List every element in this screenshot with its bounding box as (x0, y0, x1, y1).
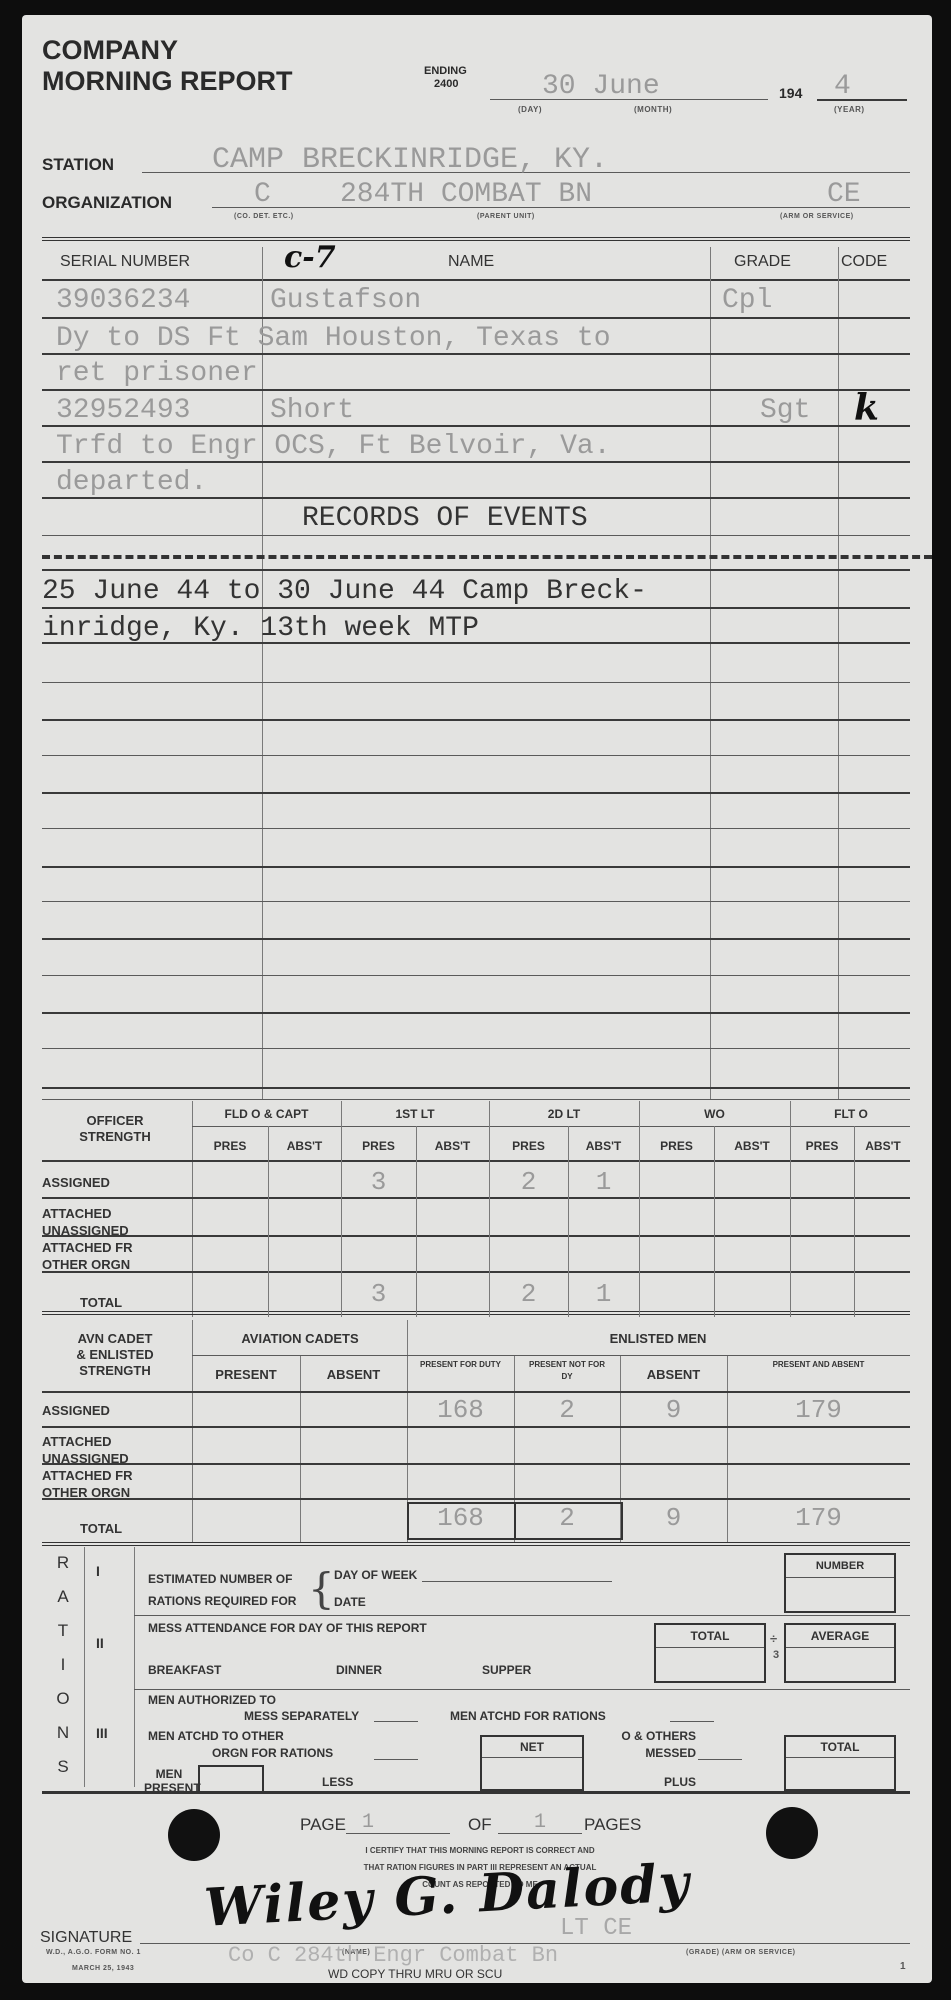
col-divider-serial (262, 247, 263, 1099)
row3-remark: ret prisoner (56, 358, 258, 389)
events-line-1: 25 June 44 to 30 June 44 Camp Breck- (42, 576, 647, 607)
fill-line (698, 1759, 742, 1760)
day-of-week-line (422, 1581, 612, 1582)
year-value: 4 (834, 71, 851, 102)
col-divider (134, 1547, 135, 1787)
row1-serial: 39036234 (56, 285, 190, 316)
row-line (42, 353, 910, 355)
row-line (42, 389, 910, 391)
station-value: CAMP BRECKINRIDGE, KY. (212, 143, 608, 177)
section-divider (42, 1542, 910, 1546)
enlisted-sub-header: PRESENT (192, 1369, 300, 1381)
section-divider (42, 1791, 910, 1794)
year-caption: (YEAR) (834, 105, 865, 114)
section-divider (42, 1311, 910, 1315)
row-line (42, 1048, 910, 1049)
number-box-label: NUMBER (786, 1555, 894, 1578)
form-number: W.D., A.G.O. FORM NO. 1 (46, 1949, 141, 1956)
officer-cell: 2 (489, 1279, 568, 1309)
arm-value: CE (827, 179, 861, 210)
enlisted-row-attached-unassigned: ATTACHED UNASSIGNED (42, 1433, 129, 1467)
mess-total-box[interactable]: TOTAL (654, 1623, 766, 1683)
supper-label: SUPPER (482, 1663, 531, 1677)
day-of-week-label: DAY OF WEEK (334, 1568, 417, 1582)
row4-name: Short (270, 395, 354, 426)
row2-remark: Dy to DS Ft Sam Houston, Texas to (56, 323, 611, 354)
officer-sub-header: PRES (489, 1139, 568, 1153)
row-line (42, 792, 910, 794)
row-line (42, 1391, 910, 1393)
brace-icon: { (308, 1567, 335, 1611)
page-label: PAGE (300, 1815, 346, 1835)
row1-grade: Cpl (722, 285, 772, 316)
mess-separately-label: MESS SEPARATELY (244, 1709, 359, 1723)
messed-label: MESSED (628, 1746, 696, 1760)
parent-unit-value: 284TH COMBAT BN (340, 179, 592, 210)
enlisted-cell: 2 (514, 1503, 620, 1533)
row1-name: Gustafson (270, 285, 421, 316)
fill-line (670, 1721, 714, 1722)
rations-letter: I (42, 1655, 84, 1675)
pages-label: PAGES (584, 1815, 641, 1835)
of-label: OF (468, 1815, 492, 1835)
net-box[interactable]: NET (480, 1735, 584, 1791)
officer-sub-header: PRES (639, 1139, 714, 1153)
section-i-text: ESTIMATED NUMBER OF RATIONS REQUIRED FOR (148, 1568, 296, 1612)
signature-label: SIGNATURE (40, 1929, 132, 1947)
handwritten-mark: c-7 (284, 240, 336, 275)
net-label: NET (482, 1737, 582, 1758)
enlisted-strength-title: AVN CADET & ENLISTED STRENGTH (40, 1331, 190, 1379)
title-line-1: COMPANY (42, 35, 293, 66)
label: ATTACHED FR (42, 1467, 133, 1484)
enlisted-sub-header: ABSENT (620, 1369, 727, 1381)
section-divider (134, 1615, 910, 1616)
organization-label: ORGANIZATION (42, 193, 172, 213)
officer-strength-title: OFFICER STRENGTH (40, 1113, 190, 1145)
men-authorized-label: MEN AUTHORIZED TO (148, 1693, 276, 1707)
officer-group-header: 1ST LT (341, 1107, 489, 1121)
row-line (42, 1087, 910, 1089)
officer-sub-header: PRES (790, 1139, 854, 1153)
row-line (42, 569, 910, 571)
row-line (42, 975, 910, 976)
company-caption: (CO. DET. ETC.) (234, 213, 294, 220)
row-line (42, 535, 910, 536)
enlisted-cell: 168 (407, 1395, 514, 1425)
enlisted-cell: 179 (727, 1395, 910, 1425)
mess-attendance-title: MESS ATTENDANCE FOR DAY OF THIS REPORT (148, 1621, 427, 1635)
grade-caption: (GRADE) (ARM OR SERVICE) (686, 1949, 795, 1956)
enlisted-cell: 9 (620, 1503, 727, 1533)
copy-note: WD COPY THRU MRU OR SCU (328, 1967, 502, 1981)
men-present-box[interactable] (198, 1765, 264, 1791)
header-divider (42, 279, 910, 281)
enlisted-cell: 179 (727, 1503, 910, 1533)
row-line (42, 866, 910, 868)
officer-sub-header: ABS'T (268, 1139, 341, 1153)
row-line (42, 642, 910, 644)
row-line (42, 317, 910, 319)
officer-row-total: TOTAL (80, 1295, 122, 1310)
col-divider (416, 1126, 417, 1317)
year-prefix: 194 (779, 85, 802, 101)
row5-remark: Trfd to Engr OCS, Ft Belvoir, Va. (56, 431, 611, 462)
col-divider-grade (710, 247, 711, 1099)
header-grade: GRADE (734, 253, 791, 271)
ending-time: 2400 (424, 78, 467, 91)
form-title: COMPANY MORNING REPORT (42, 35, 293, 97)
label: ATTACHED (42, 1433, 129, 1450)
dashed-separator (42, 555, 932, 559)
company-value: C (254, 179, 271, 210)
col-divider (268, 1126, 269, 1317)
header-name: NAME (448, 253, 494, 271)
group-aviation-cadets: AVIATION CADETS (194, 1331, 406, 1346)
enlisted-cell: 2 (514, 1395, 620, 1425)
officer-sub-header: PRES (341, 1139, 416, 1153)
parent-caption: (PARENT UNIT) (477, 213, 535, 220)
officer-row-attached-unassigned: ATTACHED UNASSIGNED (42, 1205, 129, 1239)
fill-line (374, 1721, 418, 1722)
label: ATTACHED FR (42, 1239, 133, 1256)
officer-sub-header: ABS'T (854, 1139, 912, 1153)
row4-grade: Sgt (760, 395, 810, 426)
mess-total-label: TOTAL (656, 1625, 764, 1648)
col-divider (192, 1101, 193, 1317)
row-line (42, 461, 910, 463)
section-iii-numeral: III (96, 1725, 108, 1741)
enlisted-row-total: TOTAL (80, 1521, 122, 1536)
average-label: AVERAGE (786, 1625, 894, 1648)
page-value: 1 (362, 1811, 374, 1834)
officer-cell: 3 (341, 1167, 416, 1197)
row-line (42, 1197, 910, 1199)
col-divider (639, 1101, 640, 1317)
row-line (42, 425, 910, 427)
of-value: 1 (534, 1811, 546, 1834)
ending-label: ENDING 2400 (424, 65, 467, 91)
col-divider (790, 1101, 791, 1317)
row-line (42, 682, 910, 683)
rations-letter: T (42, 1621, 84, 1641)
col-divider (714, 1126, 715, 1317)
row-line (42, 1463, 910, 1465)
rations-letter: R (42, 1553, 84, 1573)
men-atchd-other-label: MEN ATCHD TO OTHER (148, 1729, 284, 1743)
date-value: 30 June (542, 71, 660, 102)
men-atchd-rations-label: MEN ATCHD FOR RATIONS (450, 1709, 606, 1723)
enlisted-cell: 9 (620, 1395, 727, 1425)
ending-text: ENDING (424, 65, 467, 78)
row-line (42, 1012, 910, 1014)
morning-report-form: COMPANY MORNING REPORT ENDING 2400 30 Ju… (22, 15, 932, 1983)
officer-group-header: WO (639, 1107, 790, 1121)
row-line (42, 1271, 910, 1273)
group-divider (192, 1355, 910, 1356)
divide-icon: ÷ (770, 1631, 777, 1646)
enlisted-sub-header: ABSENT (300, 1369, 407, 1381)
rations-letter: A (42, 1587, 84, 1607)
label: STRENGTH (40, 1363, 190, 1379)
station-label: STATION (42, 155, 114, 175)
label: ESTIMATED NUMBER OF (148, 1568, 296, 1590)
average-box[interactable]: AVERAGE (784, 1623, 896, 1683)
dinner-label: DINNER (336, 1663, 382, 1677)
officer-title-2: STRENGTH (40, 1129, 190, 1145)
officer-title-1: OFFICER (40, 1113, 190, 1129)
officer-sub-header: ABS'T (416, 1139, 489, 1153)
breakfast-label: BREAKFAST (148, 1663, 221, 1677)
row-line (42, 1099, 910, 1100)
officer-sub-header: ABS'T (714, 1139, 790, 1153)
col-divider (854, 1126, 855, 1317)
row-line (42, 1426, 910, 1428)
month-caption: (MONTH) (634, 105, 672, 114)
orgn-for-rations-label: ORGN FOR RATIONS (212, 1746, 333, 1760)
label: RATIONS REQUIRED FOR (148, 1590, 296, 1612)
enlisted-cell: 168 (407, 1503, 514, 1533)
col-divider (300, 1355, 301, 1542)
punch-hole-left (168, 1809, 220, 1861)
officer-sub-header: ABS'T (568, 1139, 639, 1153)
enlisted-sub-header: PRESENT FOR DUTY (407, 1359, 514, 1371)
header-serial: SERIAL NUMBER (60, 253, 190, 271)
rations-letter: O (42, 1689, 84, 1709)
row-line (42, 1498, 910, 1500)
officer-row-assigned: ASSIGNED (42, 1175, 110, 1190)
row-line (42, 755, 910, 756)
section-i-numeral: I (96, 1563, 100, 1579)
officer-row-attached-other: ATTACHED FR OTHER ORGN (42, 1239, 133, 1273)
row-line (42, 607, 910, 609)
section-ii-numeral: II (96, 1635, 104, 1651)
arm-caption: (ARM OR SERVICE) (780, 213, 854, 220)
section-divider (134, 1689, 910, 1690)
officer-group-header: 2D LT (489, 1107, 639, 1121)
group-enlisted-men: ENLISTED MEN (408, 1331, 908, 1346)
row4-code: k (854, 387, 879, 429)
row-line (42, 1160, 910, 1162)
officer-cell: 1 (568, 1167, 639, 1197)
officer-group-header: FLD O & CAPT (192, 1107, 341, 1121)
enlisted-sub-header: PRESENT AND ABSENT (727, 1359, 910, 1371)
officer-sub-header: PRES (192, 1139, 268, 1153)
row-line (42, 719, 910, 721)
officer-cell: 1 (568, 1279, 639, 1309)
rations-letter: S (42, 1757, 84, 1777)
title-line-2: MORNING REPORT (42, 66, 293, 97)
rations-total-label: TOTAL (786, 1737, 894, 1758)
label: MEN (144, 1767, 194, 1781)
row6-remark: departed. (56, 467, 207, 498)
events-line-2: inridge, Ky. 13th week MTP (42, 613, 479, 644)
rations-total-box[interactable]: TOTAL (784, 1735, 896, 1791)
label: AVN CADET (40, 1331, 190, 1347)
row4-serial: 32952493 (56, 395, 190, 426)
plus-label: PLUS (664, 1775, 696, 1789)
enlisted-row-assigned: ASSIGNED (42, 1403, 110, 1418)
officer-group-header: FLT O (790, 1107, 912, 1121)
year-underline (817, 99, 907, 101)
col-divider (84, 1547, 85, 1787)
row-line (42, 901, 910, 902)
date-label: DATE (334, 1595, 366, 1609)
day-caption: (DAY) (518, 105, 542, 114)
enlisted-sub-header: PRESENT NOT FOR DY (514, 1359, 620, 1383)
officer-cell: 3 (341, 1279, 416, 1309)
label: ATTACHED (42, 1205, 129, 1222)
col-divider (192, 1320, 193, 1542)
label: & ENLISTED (40, 1347, 190, 1363)
row-line (42, 497, 910, 499)
punch-hole-right (766, 1807, 818, 1859)
fill-line (374, 1759, 418, 1760)
officer-cell: 2 (489, 1167, 568, 1197)
rations-letter: N (42, 1723, 84, 1743)
row-line (42, 938, 910, 940)
header-code: CODE (841, 253, 887, 271)
enlisted-row-attached-other: ATTACHED FR OTHER ORGN (42, 1467, 133, 1501)
corner-mark: 1 (900, 1961, 906, 1972)
less-label: LESS (322, 1775, 353, 1789)
o-and-others-label: O & OTHERS (608, 1729, 696, 1743)
row-line (42, 1235, 910, 1237)
row-line (42, 828, 910, 829)
number-box[interactable]: NUMBER (784, 1553, 896, 1613)
group-divider (192, 1126, 910, 1127)
records-of-events-heading: RECORDS OF EVENTS (302, 503, 588, 534)
divisor: 3 (773, 1649, 779, 1661)
col-divider-code (838, 247, 839, 1099)
typed-unit: Co C 284th Engr Combat Bn (228, 1943, 558, 1968)
table-top-border (42, 237, 910, 241)
form-date: MARCH 25, 1943 (72, 1965, 134, 1972)
